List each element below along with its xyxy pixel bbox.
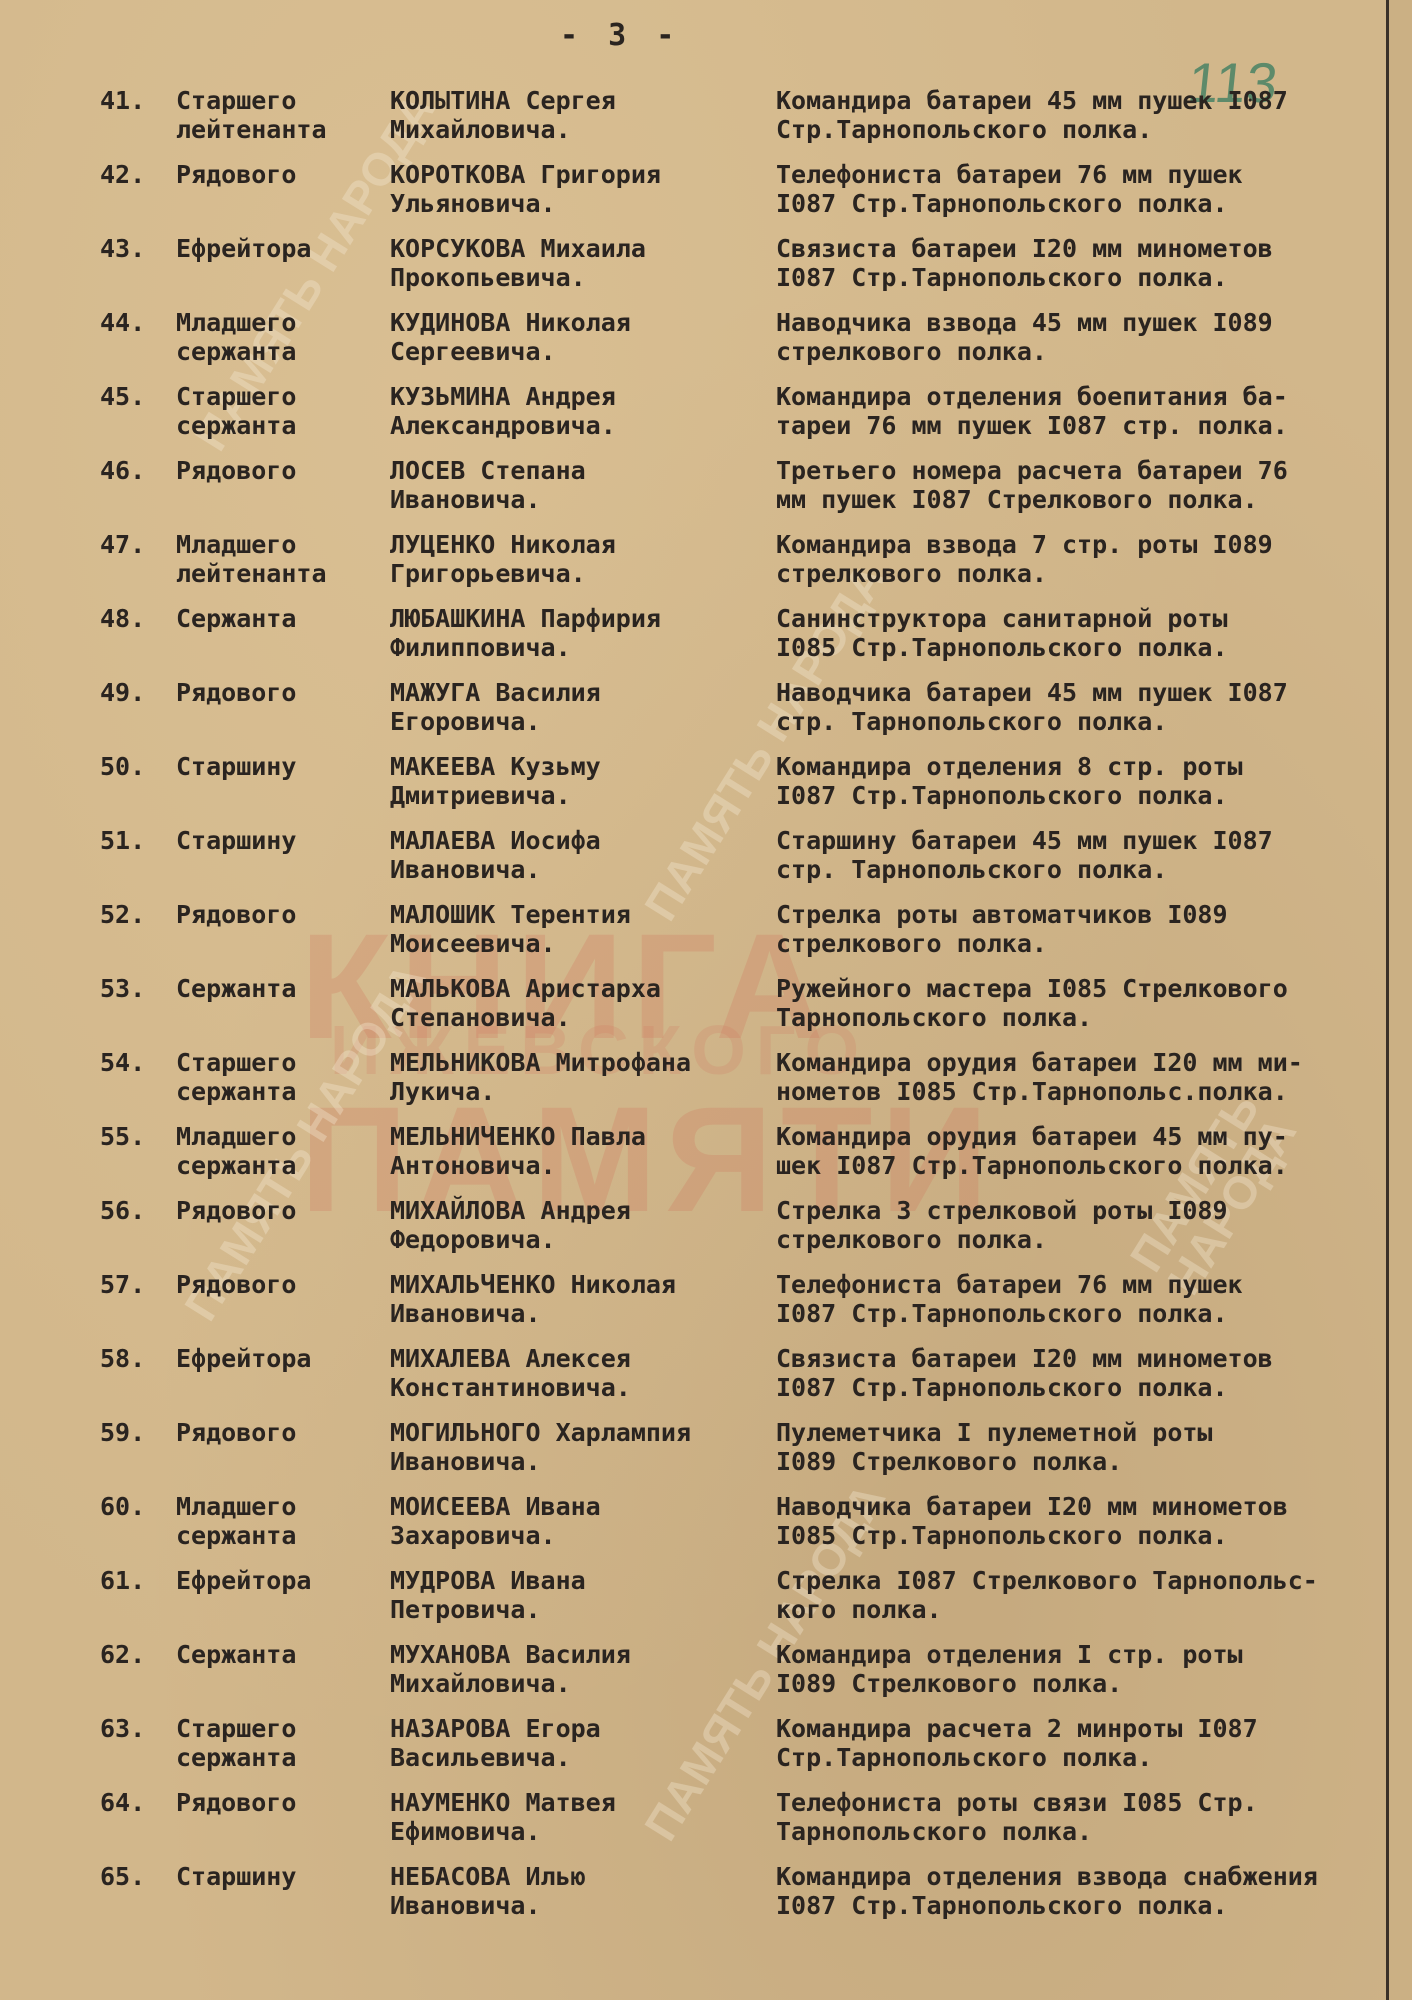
list-entry: 43. Ефрейтора КОРСУКОВА МихаилаПрокопьев… bbox=[0, 234, 1386, 308]
entry-name: КОЛЫТИНА СергеяМихайловича. bbox=[390, 86, 770, 144]
list-entry: 65. Старшину НЕБАСОВА ИльюИвановича. Ком… bbox=[0, 1862, 1386, 1936]
entry-number: 56. bbox=[100, 1196, 164, 1225]
entry-name: МИХАЛЬЧЕНКО НиколаяИвановича. bbox=[390, 1270, 770, 1328]
entry-duty-line: Наводчика батареи 45 мм пушек I087 bbox=[776, 678, 1396, 707]
list-entry: 58. Ефрейтора МИХАЛЕВА АлексеяКонстантин… bbox=[0, 1344, 1386, 1418]
entry-duty-line: Старшину батареи 45 мм пушек I087 bbox=[776, 826, 1396, 855]
entry-name-line: Прокопьевича. bbox=[390, 263, 770, 292]
entry-duty-line: Третьего номера расчета батареи 76 bbox=[776, 456, 1396, 485]
list-entry: 54. Старшегосержанта МЕЛЬНИКОВА Митрофан… bbox=[0, 1048, 1386, 1122]
entry-name-line: Степановича. bbox=[390, 1003, 770, 1032]
list-entry: 62. Сержанта МУХАНОВА ВасилияМихайловича… bbox=[0, 1640, 1386, 1714]
entry-rank-line: Старшего bbox=[176, 382, 376, 411]
entry-name: МУХАНОВА ВасилияМихайловича. bbox=[390, 1640, 770, 1698]
list-entry: 45. Старшегосержанта КУЗЬМИНА АндреяАлек… bbox=[0, 382, 1386, 456]
list-entry: 46. Рядового ЛОСЕВ СтепанаИвановича. Тре… bbox=[0, 456, 1386, 530]
entry-name: НЕБАСОВА ИльюИвановича. bbox=[390, 1862, 770, 1920]
entry-name: НАЗАРОВА ЕгораВасильевича. bbox=[390, 1714, 770, 1772]
entry-name: МОИСЕЕВА ИванаЗахаровича. bbox=[390, 1492, 770, 1550]
entry-duty-line: Командира взвода 7 стр. роты I089 bbox=[776, 530, 1396, 559]
entry-rank: Старшегосержанта bbox=[176, 1048, 376, 1106]
entry-rank-line: Старшину bbox=[176, 1862, 376, 1891]
entry-rank: Ефрейтора bbox=[176, 1344, 376, 1373]
entry-name-line: КУДИНОВА Николая bbox=[390, 308, 770, 337]
entry-duty-line: I087 Стр.Тарнопольского полка. bbox=[776, 263, 1396, 292]
entry-duty: Третьего номера расчета батареи 76мм пуш… bbox=[776, 456, 1396, 514]
entry-rank: Рядового bbox=[176, 900, 376, 929]
entry-duty-line: нометов I085 Стр.Тарнопольс.полка. bbox=[776, 1077, 1396, 1106]
entry-duty-line: Телефониста роты связи I085 Стр. bbox=[776, 1788, 1396, 1817]
entry-name: ЛЮБАШКИНА ПарфирияФилипповича. bbox=[390, 604, 770, 662]
entry-name: МАЛАЕВА ИосифаИвановича. bbox=[390, 826, 770, 884]
entry-rank: Старшину bbox=[176, 752, 376, 781]
entry-rank-line: Старшего bbox=[176, 1048, 376, 1077]
entry-rank-line: Ефрейтора bbox=[176, 1344, 376, 1373]
entry-name-line: Дмитриевича. bbox=[390, 781, 770, 810]
entry-rank-line: Старшину bbox=[176, 752, 376, 781]
page-number: - 3 - bbox=[560, 18, 680, 53]
entry-rank-line: Старшего bbox=[176, 86, 376, 115]
entry-duty-line: тареи 76 мм пушек I087 стр. полка. bbox=[776, 411, 1396, 440]
entry-duty: Ружейного мастера I085 СтрелковогоТарноп… bbox=[776, 974, 1396, 1032]
entry-name-line: НАУМЕНКО Матвея bbox=[390, 1788, 770, 1817]
entry-duty: Командира отделения I стр. ротыI089 Стре… bbox=[776, 1640, 1396, 1698]
list-entry: 55. Младшегосержанта МЕЛЬНИЧЕНКО ПавлаАн… bbox=[0, 1122, 1386, 1196]
entry-number: 52. bbox=[100, 900, 164, 929]
entry-rank-line: сержанта bbox=[176, 1743, 376, 1772]
list-entry: 60. Младшегосержанта МОИСЕЕВА ИванаЗахар… bbox=[0, 1492, 1386, 1566]
entry-rank: Рядового bbox=[176, 1196, 376, 1225]
entry-rank-line: лейтенанта bbox=[176, 559, 376, 588]
entry-name: КУДИНОВА НиколаяСергеевича. bbox=[390, 308, 770, 366]
list-entry: 47. Младшеголейтенанта ЛУЦЕНКО НиколаяГр… bbox=[0, 530, 1386, 604]
entry-rank-line: Сержанта bbox=[176, 604, 376, 633]
entry-rank-line: Рядового bbox=[176, 160, 376, 189]
entry-name-line: Михайловича. bbox=[390, 1669, 770, 1698]
entry-number: 47. bbox=[100, 530, 164, 559]
entry-number: 54. bbox=[100, 1048, 164, 1077]
entry-name-line: Захаровича. bbox=[390, 1521, 770, 1550]
entry-duty-line: Командира отделения взвода снабжения bbox=[776, 1862, 1396, 1891]
entry-duty-line: Тарнопольского полка. bbox=[776, 1003, 1396, 1032]
entry-rank: Рядового bbox=[176, 456, 376, 485]
entry-duty-line: Стрелка I087 Стрелкового Тарнопольс- bbox=[776, 1566, 1396, 1595]
entry-duty-line: I085 Стр.Тарнопольского полка. bbox=[776, 633, 1396, 662]
entry-duty: Командира орудия батареи 45 мм пу-шек I0… bbox=[776, 1122, 1396, 1180]
entry-rank-line: Сержанта bbox=[176, 1640, 376, 1669]
entry-duty-line: Стрелка 3 стрелковой роты I089 bbox=[776, 1196, 1396, 1225]
entry-number: 59. bbox=[100, 1418, 164, 1447]
entry-name-line: НАЗАРОВА Егора bbox=[390, 1714, 770, 1743]
entry-rank-line: сержанта bbox=[176, 1521, 376, 1550]
list-entry: 41. Старшеголейтенанта КОЛЫТИНА СергеяМи… bbox=[0, 86, 1386, 160]
entry-number: 42. bbox=[100, 160, 164, 189]
entry-number: 48. bbox=[100, 604, 164, 633]
entry-rank-line: Младшего bbox=[176, 308, 376, 337]
entry-duty-line: Пулеметчика I пулеметной роты bbox=[776, 1418, 1396, 1447]
entry-name-line: Ивановича. bbox=[390, 1447, 770, 1476]
entry-duty-line: I089 Стрелкового полка. bbox=[776, 1447, 1396, 1476]
entry-duty: Связиста батареи I20 мм минометовI087 Ст… bbox=[776, 1344, 1396, 1402]
entry-duty-line: I087 Стр.Тарнопольского полка. bbox=[776, 781, 1396, 810]
entry-duty: Наводчика взвода 45 мм пушек I089стрелко… bbox=[776, 308, 1396, 366]
entry-name-line: Сергеевича. bbox=[390, 337, 770, 366]
entry-duty-line: Наводчика батареи I20 мм минометов bbox=[776, 1492, 1396, 1521]
list-entry: 57. Рядового МИХАЛЬЧЕНКО НиколаяИванович… bbox=[0, 1270, 1386, 1344]
entry-number: 58. bbox=[100, 1344, 164, 1373]
entry-name: МАЛЬКОВА АристархаСтепановича. bbox=[390, 974, 770, 1032]
entry-name: КУЗЬМИНА АндреяАлександровича. bbox=[390, 382, 770, 440]
entry-name-line: МАЛЬКОВА Аристарха bbox=[390, 974, 770, 1003]
entry-number: 62. bbox=[100, 1640, 164, 1669]
entry-rank-line: Ефрейтора bbox=[176, 1566, 376, 1595]
entry-name: МИХАЙЛОВА АндреяФедоровича. bbox=[390, 1196, 770, 1254]
entry-number: 64. bbox=[100, 1788, 164, 1817]
entry-name-line: Ивановича. bbox=[390, 855, 770, 884]
entry-number: 50. bbox=[100, 752, 164, 781]
entry-rank-line: сержанта bbox=[176, 1077, 376, 1106]
entry-rank-line: лейтенанта bbox=[176, 115, 376, 144]
entry-duty: Командира батареи 45 мм пушек I087Стр.Та… bbox=[776, 86, 1396, 144]
entry-name-line: Егоровича. bbox=[390, 707, 770, 736]
entry-number: 65. bbox=[100, 1862, 164, 1891]
list-entry: 44. Младшегосержанта КУДИНОВА НиколаяСер… bbox=[0, 308, 1386, 382]
entry-duty-line: Связиста батареи I20 мм минометов bbox=[776, 234, 1396, 263]
entry-name-line: МЕЛЬНИКОВА Митрофана bbox=[390, 1048, 770, 1077]
entry-duty-line: шек I087 Стр.Тарнопольского полка. bbox=[776, 1151, 1396, 1180]
entry-rank: Ефрейтора bbox=[176, 234, 376, 263]
entry-name-line: Антоновича. bbox=[390, 1151, 770, 1180]
entry-rank-line: сержанта bbox=[176, 1151, 376, 1180]
entry-name: МИХАЛЕВА АлексеяКонстантиновича. bbox=[390, 1344, 770, 1402]
entry-duty-line: Связиста батареи I20 мм минометов bbox=[776, 1344, 1396, 1373]
entry-rank: Сержанта bbox=[176, 974, 376, 1003]
list-entry: 59. Рядового МОГИЛЬНОГО ХарлампияИванови… bbox=[0, 1418, 1386, 1492]
entry-duty: Пулеметчика I пулеметной ротыI089 Стрелк… bbox=[776, 1418, 1396, 1476]
entry-rank-line: Рядового bbox=[176, 456, 376, 485]
entry-duty-line: Командира орудия батареи 45 мм пу- bbox=[776, 1122, 1396, 1151]
entry-number: 44. bbox=[100, 308, 164, 337]
entry-duty: Командира отделения боепитания ба-тареи … bbox=[776, 382, 1396, 440]
entry-rank-line: Младшего bbox=[176, 530, 376, 559]
entry-name: КОРОТКОВА ГригорияУльяновича. bbox=[390, 160, 770, 218]
entry-duty-line: стр. Тарнопольского полка. bbox=[776, 707, 1396, 736]
entry-rank-line: Младшего bbox=[176, 1122, 376, 1151]
entry-name: МАЖУГА ВасилияЕгоровича. bbox=[390, 678, 770, 736]
entry-name-line: МОИСЕЕВА Ивана bbox=[390, 1492, 770, 1521]
entry-duty-line: стр. Тарнопольского полка. bbox=[776, 855, 1396, 884]
list-entry: 63. Старшегосержанта НАЗАРОВА ЕгораВасил… bbox=[0, 1714, 1386, 1788]
entry-rank-line: Рядового bbox=[176, 1270, 376, 1299]
entry-duty-line: I087 Стр.Тарнопольского полка. bbox=[776, 189, 1396, 218]
list-entry: 50. Старшину МАКЕЕВА КузьмуДмитриевича. … bbox=[0, 752, 1386, 826]
entry-rank-line: Сержанта bbox=[176, 974, 376, 1003]
entry-rank-line: сержанта bbox=[176, 411, 376, 440]
entry-duty: Телефониста роты связи I085 Стр.Тарнопол… bbox=[776, 1788, 1396, 1846]
entry-name: МАКЕЕВА КузьмуДмитриевича. bbox=[390, 752, 770, 810]
entry-name-line: НЕБАСОВА Илью bbox=[390, 1862, 770, 1891]
entry-rank: Сержанта bbox=[176, 1640, 376, 1669]
entry-name-line: Лукича. bbox=[390, 1077, 770, 1106]
entry-duty-line: Командира отделения 8 стр. роты bbox=[776, 752, 1396, 781]
entry-name: НАУМЕНКО МатвеяЕфимовича. bbox=[390, 1788, 770, 1846]
entry-duty-line: Стрелка роты автоматчиков I089 bbox=[776, 900, 1396, 929]
entry-rank: Сержанта bbox=[176, 604, 376, 633]
entry-rank-line: Рядового bbox=[176, 1788, 376, 1817]
entry-duty-line: Командира орудия батареи I20 мм ми- bbox=[776, 1048, 1396, 1077]
entry-name-line: Александровича. bbox=[390, 411, 770, 440]
entry-name-line: МИХАЛЕВА Алексея bbox=[390, 1344, 770, 1373]
entry-rank: Старшегосержанта bbox=[176, 1714, 376, 1772]
entry-rank: Рядового bbox=[176, 1788, 376, 1817]
entry-rank-line: Ефрейтора bbox=[176, 234, 376, 263]
entry-duty-line: Телефониста батареи 76 мм пушек bbox=[776, 1270, 1396, 1299]
entry-duty-line: стрелкового полка. bbox=[776, 559, 1396, 588]
entry-duty: Телефониста батареи 76 мм пушекI087 Стр.… bbox=[776, 1270, 1396, 1328]
entry-duty-line: I089 Стрелкового полка. bbox=[776, 1669, 1396, 1698]
entry-duty: Санинструктора санитарной ротыI085 Стр.Т… bbox=[776, 604, 1396, 662]
entry-duty: Старшину батареи 45 мм пушек I087стр. Та… bbox=[776, 826, 1396, 884]
entry-name-line: Ульяновича. bbox=[390, 189, 770, 218]
entry-number: 51. bbox=[100, 826, 164, 855]
entry-name-line: МАЛАЕВА Иосифа bbox=[390, 826, 770, 855]
entry-rank-line: Старшину bbox=[176, 826, 376, 855]
entry-number: 49. bbox=[100, 678, 164, 707]
entry-name-line: Филипповича. bbox=[390, 633, 770, 662]
entry-duty-line: Стр.Тарнопольского полка. bbox=[776, 115, 1396, 144]
entry-rank: Старшину bbox=[176, 1862, 376, 1891]
entry-name-line: Моисеевича. bbox=[390, 929, 770, 958]
entry-name-line: МУХАНОВА Василия bbox=[390, 1640, 770, 1669]
entry-rank-line: Рядового bbox=[176, 900, 376, 929]
entry-duty: Командира расчета 2 минроты I087Стр.Тарн… bbox=[776, 1714, 1396, 1772]
entry-name-line: МИХАЛЬЧЕНКО Николая bbox=[390, 1270, 770, 1299]
entry-name-line: МОГИЛЬНОГО Харлампия bbox=[390, 1418, 770, 1447]
entry-duty-line: Командира расчета 2 минроты I087 bbox=[776, 1714, 1396, 1743]
list-entry: 48. Сержанта ЛЮБАШКИНА ПарфирияФилиппови… bbox=[0, 604, 1386, 678]
entry-name: МОГИЛЬНОГО ХарлампияИвановича. bbox=[390, 1418, 770, 1476]
entry-name-line: МАКЕЕВА Кузьму bbox=[390, 752, 770, 781]
entry-name-line: Васильевича. bbox=[390, 1743, 770, 1772]
entry-duty-line: I087 Стр.Тарнопольского полка. bbox=[776, 1373, 1396, 1402]
entry-name: МУДРОВА ИванаПетровича. bbox=[390, 1566, 770, 1624]
entry-rank-line: Рядового bbox=[176, 1196, 376, 1225]
entry-name-line: Федоровича. bbox=[390, 1225, 770, 1254]
entry-number: 45. bbox=[100, 382, 164, 411]
entry-duty-line: стрелкового полка. bbox=[776, 337, 1396, 366]
list-entry: 64. Рядового НАУМЕНКО МатвеяЕфимовича. Т… bbox=[0, 1788, 1386, 1862]
entry-number: 60. bbox=[100, 1492, 164, 1521]
entry-duty: Связиста батареи I20 мм минометовI087 Ст… bbox=[776, 234, 1396, 292]
entry-rank-line: Младшего bbox=[176, 1492, 376, 1521]
entry-duty-line: стрелкового полка. bbox=[776, 1225, 1396, 1254]
list-entry: 61. Ефрейтора МУДРОВА ИванаПетровича. Ст… bbox=[0, 1566, 1386, 1640]
entry-rank: Младшеголейтенанта bbox=[176, 530, 376, 588]
entry-rank: Младшегосержанта bbox=[176, 1492, 376, 1550]
entry-rank-line: Рядового bbox=[176, 678, 376, 707]
entry-rank: Старшегосержанта bbox=[176, 382, 376, 440]
entry-name: МЕЛЬНИКОВА МитрофанаЛукича. bbox=[390, 1048, 770, 1106]
entry-duty-line: I087 Стр.Тарнопольского полка. bbox=[776, 1891, 1396, 1920]
entry-duty-line: Телефониста батареи 76 мм пушек bbox=[776, 160, 1396, 189]
entry-duty: Стрелка I087 Стрелкового Тарнопольс-кого… bbox=[776, 1566, 1396, 1624]
award-list: 41. Старшеголейтенанта КОЛЫТИНА СергеяМи… bbox=[0, 86, 1386, 1936]
entry-name-line: Петровича. bbox=[390, 1595, 770, 1624]
entry-duty: Командира отделения 8 стр. ротыI087 Стр.… bbox=[776, 752, 1396, 810]
entry-duty-line: Командира отделения боепитания ба- bbox=[776, 382, 1396, 411]
entry-number: 55. bbox=[100, 1122, 164, 1151]
entry-rank: Старшину bbox=[176, 826, 376, 855]
entry-name-line: МЕЛЬНИЧЕНКО Павла bbox=[390, 1122, 770, 1151]
entry-duty-line: кого полка. bbox=[776, 1595, 1396, 1624]
entry-duty-line: Тарнопольского полка. bbox=[776, 1817, 1396, 1846]
entry-duty-line: Наводчика взвода 45 мм пушек I089 bbox=[776, 308, 1396, 337]
entry-number: 63. bbox=[100, 1714, 164, 1743]
entry-name-line: МИХАЙЛОВА Андрея bbox=[390, 1196, 770, 1225]
entry-name-line: ЛОСЕВ Степана bbox=[390, 456, 770, 485]
entry-rank-line: Старшего bbox=[176, 1714, 376, 1743]
entry-duty: Командира взвода 7 стр. роты I089стрелко… bbox=[776, 530, 1396, 588]
entry-rank: Младшегосержанта bbox=[176, 1122, 376, 1180]
entry-rank-line: Рядового bbox=[176, 1418, 376, 1447]
entry-name-line: Ивановича. bbox=[390, 1299, 770, 1328]
document-page: - 3 - 113 КНИГА ПАМЯТИ ИЖЕВСКОГО ПАМЯТЬ … bbox=[0, 0, 1389, 2000]
entry-name: КОРСУКОВА МихаилаПрокопьевича. bbox=[390, 234, 770, 292]
entry-name-line: МАЛОШИК Терентия bbox=[390, 900, 770, 929]
entry-number: 57. bbox=[100, 1270, 164, 1299]
entry-rank: Рядового bbox=[176, 1418, 376, 1447]
entry-duty-line: стрелкового полка. bbox=[776, 929, 1396, 958]
list-entry: 42. Рядового КОРОТКОВА ГригорияУльянович… bbox=[0, 160, 1386, 234]
entry-rank-line: сержанта bbox=[176, 337, 376, 366]
entry-rank: Рядового bbox=[176, 1270, 376, 1299]
entry-name-line: Ефимовича. bbox=[390, 1817, 770, 1846]
entry-rank: Ефрейтора bbox=[176, 1566, 376, 1595]
entry-number: 61. bbox=[100, 1566, 164, 1595]
entry-duty-line: Санинструктора санитарной роты bbox=[776, 604, 1396, 633]
list-entry: 49. Рядового МАЖУГА ВасилияЕгоровича. На… bbox=[0, 678, 1386, 752]
entry-name-line: МУДРОВА Ивана bbox=[390, 1566, 770, 1595]
entry-name-line: Ивановича. bbox=[390, 485, 770, 514]
entry-duty-line: Командира отделения I стр. роты bbox=[776, 1640, 1396, 1669]
entry-duty: Телефониста батареи 76 мм пушекI087 Стр.… bbox=[776, 160, 1396, 218]
entry-duty: Наводчика батареи 45 мм пушек I087стр. Т… bbox=[776, 678, 1396, 736]
entry-name-line: Михайловича. bbox=[390, 115, 770, 144]
entry-name-line: КОЛЫТИНА Сергея bbox=[390, 86, 770, 115]
entry-duty: Стрелка 3 стрелковой роты I089стрелковог… bbox=[776, 1196, 1396, 1254]
entry-number: 46. bbox=[100, 456, 164, 485]
list-entry: 51. Старшину МАЛАЕВА ИосифаИвановича. Ст… bbox=[0, 826, 1386, 900]
entry-name-line: Константиновича. bbox=[390, 1373, 770, 1402]
entry-duty: Наводчика батареи I20 мм минометовI085 С… bbox=[776, 1492, 1396, 1550]
entry-duty-line: мм пушек I087 Стрелкового полка. bbox=[776, 485, 1396, 514]
entry-duty-line: Командира батареи 45 мм пушек I087 bbox=[776, 86, 1396, 115]
list-entry: 52. Рядового МАЛОШИК ТерентияМоисеевича.… bbox=[0, 900, 1386, 974]
entry-rank: Старшеголейтенанта bbox=[176, 86, 376, 144]
entry-duty: Командира орудия батареи I20 мм ми-номет… bbox=[776, 1048, 1396, 1106]
entry-name-line: КОРОТКОВА Григория bbox=[390, 160, 770, 189]
entry-rank: Рядового bbox=[176, 678, 376, 707]
entry-name-line: Григорьевича. bbox=[390, 559, 770, 588]
entry-rank: Младшегосержанта bbox=[176, 308, 376, 366]
list-entry: 53. Сержанта МАЛЬКОВА АристархаСтепанови… bbox=[0, 974, 1386, 1048]
entry-name-line: Ивановича. bbox=[390, 1891, 770, 1920]
entry-rank: Рядового bbox=[176, 160, 376, 189]
entry-name-line: ЛЮБАШКИНА Парфирия bbox=[390, 604, 770, 633]
entry-duty-line: I085 Стр.Тарнопольского полка. bbox=[776, 1521, 1396, 1550]
entry-duty: Командира отделения взвода снабженияI087… bbox=[776, 1862, 1396, 1920]
entry-name-line: КУЗЬМИНА Андрея bbox=[390, 382, 770, 411]
entry-name: МАЛОШИК ТерентияМоисеевича. bbox=[390, 900, 770, 958]
entry-name: ЛОСЕВ СтепанаИвановича. bbox=[390, 456, 770, 514]
entry-duty-line: I087 Стр.Тарнопольского полка. bbox=[776, 1299, 1396, 1328]
entry-number: 41. bbox=[100, 86, 164, 115]
entry-name-line: КОРСУКОВА Михаила bbox=[390, 234, 770, 263]
entry-name: ЛУЦЕНКО НиколаяГригорьевича. bbox=[390, 530, 770, 588]
list-entry: 56. Рядового МИХАЙЛОВА АндреяФедоровича.… bbox=[0, 1196, 1386, 1270]
entry-name-line: ЛУЦЕНКО Николая bbox=[390, 530, 770, 559]
entry-name: МЕЛЬНИЧЕНКО ПавлаАнтоновича. bbox=[390, 1122, 770, 1180]
entry-name-line: МАЖУГА Василия bbox=[390, 678, 770, 707]
entry-duty-line: Ружейного мастера I085 Стрелкового bbox=[776, 974, 1396, 1003]
entry-number: 53. bbox=[100, 974, 164, 1003]
entry-duty: Стрелка роты автоматчиков I089стрелковог… bbox=[776, 900, 1396, 958]
entry-duty-line: Стр.Тарнопольского полка. bbox=[776, 1743, 1396, 1772]
entry-number: 43. bbox=[100, 234, 164, 263]
